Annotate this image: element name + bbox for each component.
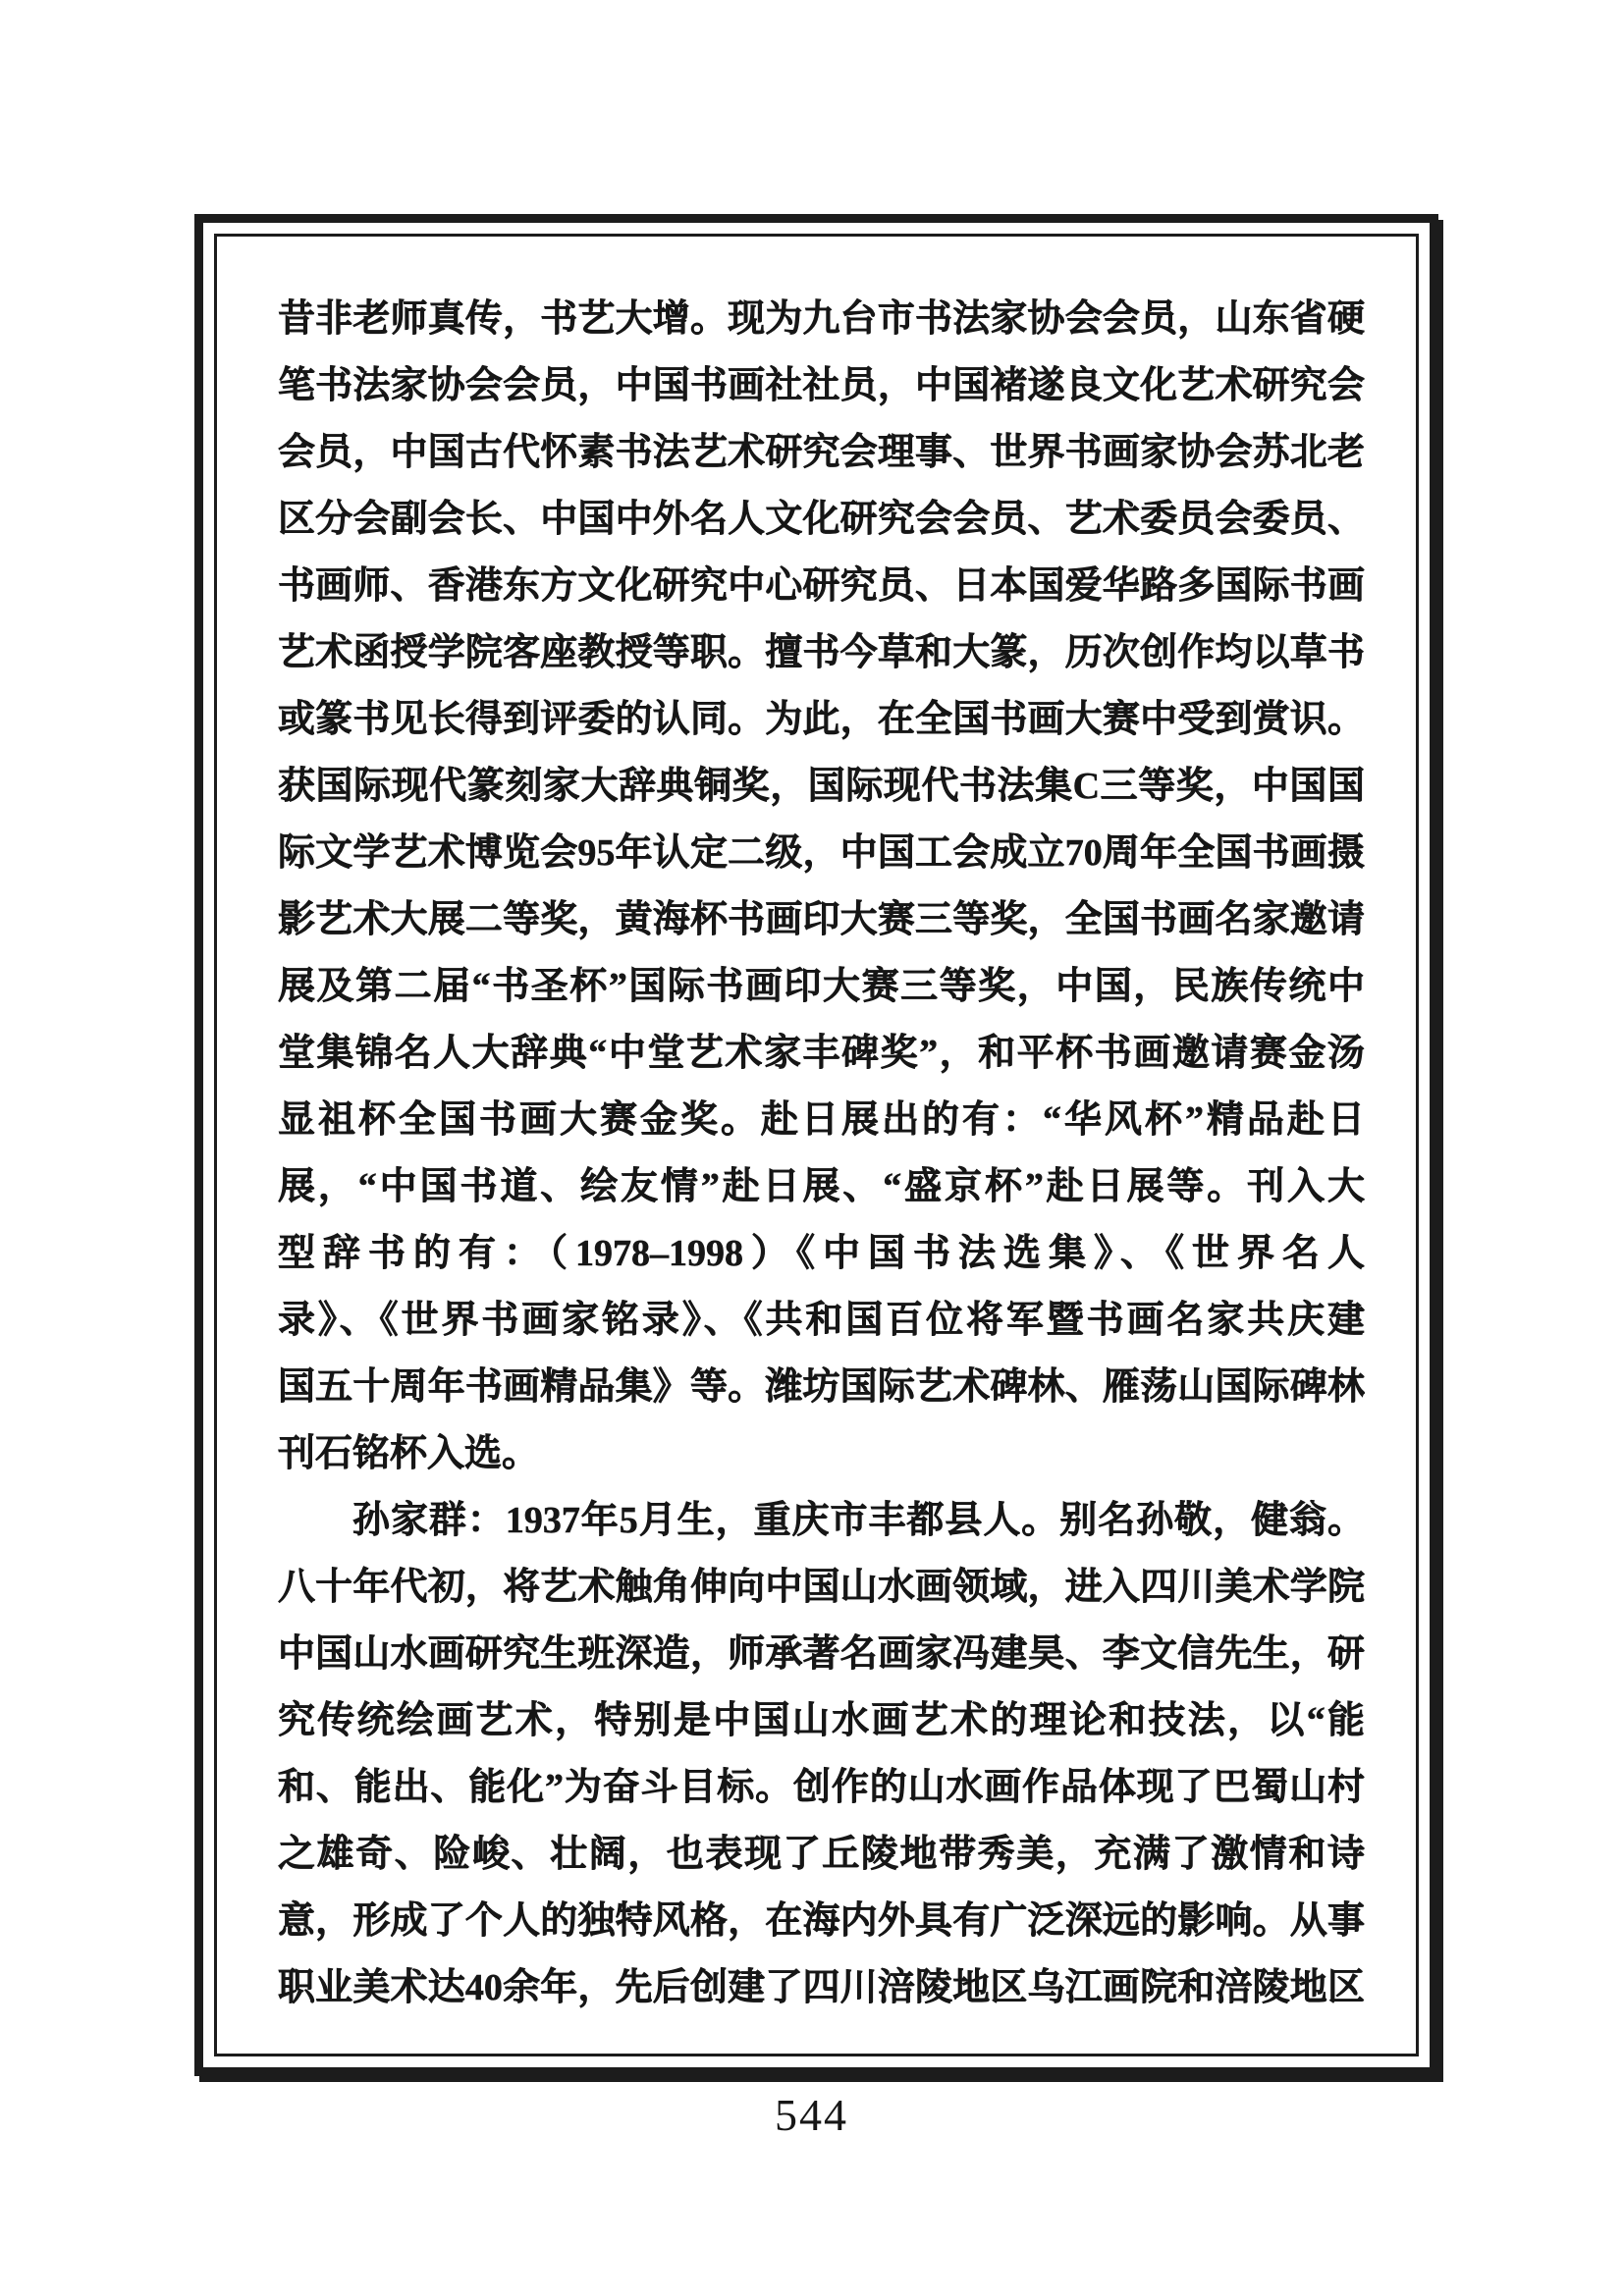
text-line: 录》、《世界书画家铭录》、《共和国百位将军暨书画名家共庆建 [278, 1287, 1365, 1354]
text-line: 国五十周年书画精品集》等。潍坊国际艺术碑林、雁荡山国际碑林 [278, 1354, 1365, 1420]
page-border-inner: 昔非老师真传，书艺大增。现为九台市书法家协会会员，山东省硬笔书法家协会会员，中国… [214, 234, 1419, 2056]
text-line: 型辞书的有：（1978–1998）《中国书法选集》、《世界名人 [278, 1220, 1365, 1287]
text-line: 展，“中国书道、绘友情”赴日展、“盛京杯”赴日展等。刊入大 [278, 1153, 1365, 1220]
text-line: 或篆书见长得到评委的认同。为此，在全国书画大赛中受到赏识。 [278, 686, 1365, 753]
text-line: 刊石铭杯入选。 [278, 1420, 1365, 1487]
text-line: 堂集锦名人大辞典“中堂艺术家丰碑奖”，和平杯书画邀请赛金汤 [278, 1020, 1365, 1087]
text-line: 笔书法家协会会员，中国书画社社员，中国褚遂良文化艺术研究会 [278, 352, 1365, 419]
text-line: 昔非老师真传，书艺大增。现为九台市书法家协会会员，山东省硬 [278, 286, 1365, 352]
text-line: 意，形成了个人的独特风格，在海内外具有广泛深远的影响。从事 [278, 1888, 1365, 1954]
text-line: 会员，中国古代怀素书法艺术研究会理事、世界书画家协会苏北老 [278, 419, 1365, 486]
text-line: 职业美术达40余年，先后创建了四川涪陵地区乌江画院和涪陵地区 [278, 1954, 1365, 2021]
text-line: 影艺术大展二等奖，黄海杯书画印大赛三等奖，全国书画名家邀请 [278, 886, 1365, 953]
text-line: 和、能出、能化”为奋斗目标。创作的山水画作品体现了巴蜀山村 [278, 1754, 1365, 1821]
text-line: 获国际现代篆刻家大辞典铜奖，国际现代书法集C三等奖，中国国 [278, 753, 1365, 820]
text-line: 书画师、香港东方文化研究中心研究员、日本国爱华路多国际书画 [278, 553, 1365, 619]
text-line: 区分会副会长、中国中外名人文化研究会会员、艺术委员会委员、 [278, 486, 1365, 553]
text-line: 究传统绘画艺术，特别是中国山水画艺术的理论和技法，以“能 [278, 1687, 1365, 1754]
text-line: 展及第二届“书圣杯”国际书画印大赛三等奖，中国，民族传统中 [278, 953, 1365, 1020]
page-border-outer: 昔非老师真传，书艺大增。现为九台市书法家协会会员，山东省硬笔书法家协会会员，中国… [194, 214, 1438, 2076]
text-line: 八十年代初，将艺术触角伸向中国山水画领域，进入四川美术学院 [278, 1554, 1365, 1621]
text-body: 昔非老师真传，书艺大增。现为九台市书法家协会会员，山东省硬笔书法家协会会员，中国… [217, 237, 1416, 2054]
text-line: 孙家群：1937年5月生，重庆市丰都县人。别名孙敬，健翁。 [278, 1487, 1365, 1554]
text-line: 之雄奇、险峻、壮阔，也表现了丘陵地带秀美，充满了激情和诗 [278, 1821, 1365, 1888]
text-line: 际文学艺术博览会95年认定二级，中国工会成立70周年全国书画摄 [278, 820, 1365, 886]
text-line: 中国山水画研究生班深造，师承著名画家冯建昊、李文信先生，研 [278, 1621, 1365, 1687]
page-number: 544 [0, 2089, 1623, 2141]
scanned-book-page: 昔非老师真传，书艺大增。现为九台市书法家协会会员，山东省硬笔书法家协会会员，中国… [0, 0, 1623, 2296]
text-line: 显祖杯全国书画大赛金奖。赴日展出的有：“华风杯”精品赴日 [278, 1087, 1365, 1153]
text-line: 艺术函授学院客座教授等职。擅书今草和大篆，历次创作均以草书 [278, 619, 1365, 686]
